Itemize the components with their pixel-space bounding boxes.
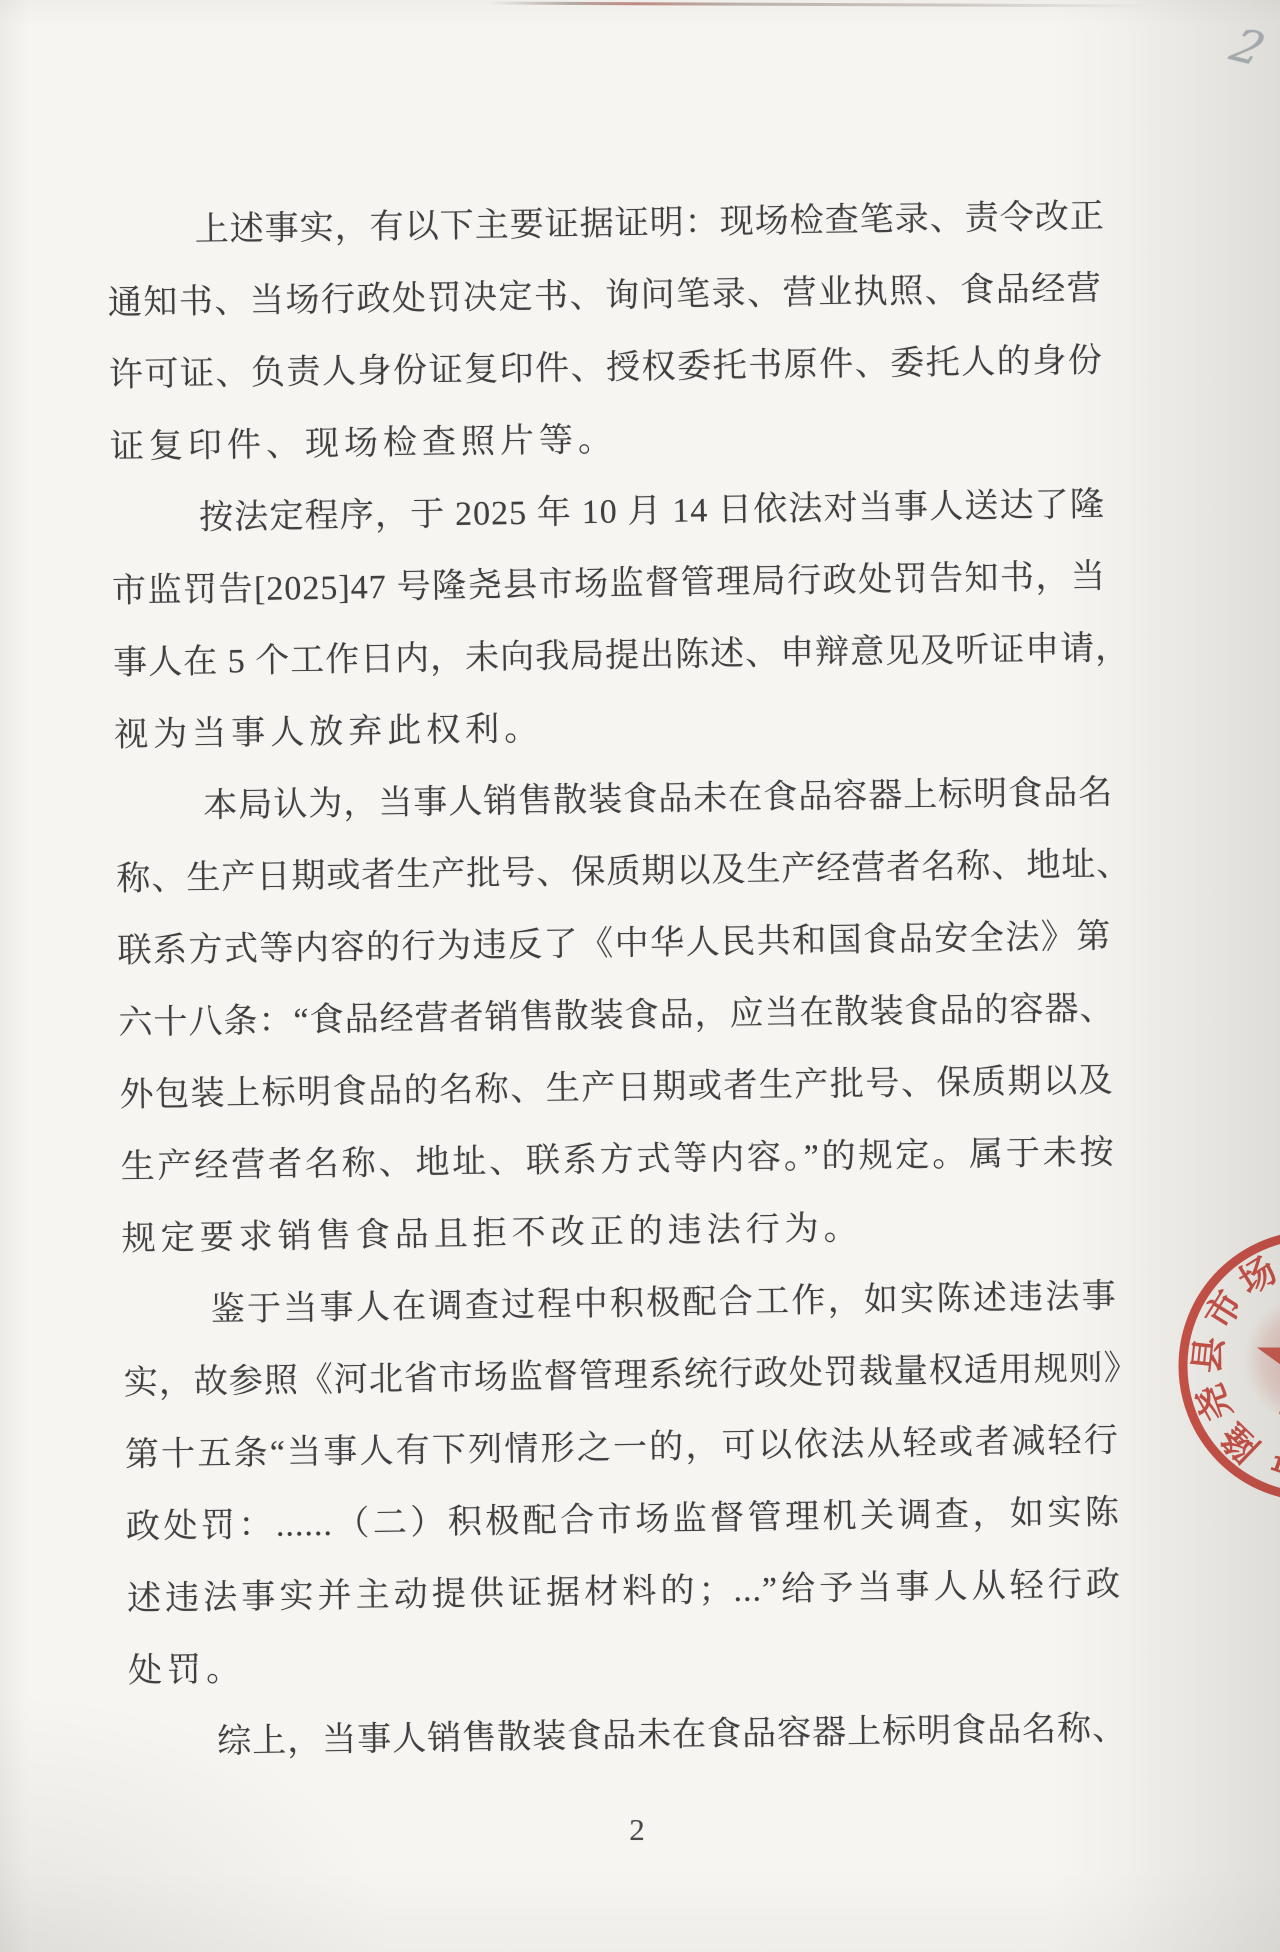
scan-edge-artifact bbox=[488, 2, 1150, 8]
paper-shading-right bbox=[1120, 0, 1280, 1952]
stamp-char: 县 bbox=[1187, 1335, 1231, 1375]
document-line: 生产经营者名称、地址、联系方式等内容。”的规定。属于未按 bbox=[120, 1117, 1115, 1204]
document-line: 事人在 5 个工作日内，未向我局提出陈述、申辩意见及听证申请， bbox=[113, 613, 1108, 700]
document-body: 上述事实，有以下主要证据证明：现场检查笔录、责令改正 通知书、当场行政处罚决定书… bbox=[106, 181, 1123, 1780]
document-line: 综上，当事人销售散装食品未在食品容器上标明食品名称、 bbox=[129, 1693, 1124, 1780]
handwritten-page-mark: 2 bbox=[1206, 9, 1280, 85]
paper-shading-bottom bbox=[0, 1870, 1280, 1952]
stamp-serial: 1305 bbox=[1267, 1451, 1280, 1483]
stamp-serial-text: 1305 bbox=[1267, 1451, 1280, 1483]
scanned-document-page: 2 上述事实，有以下主要证据证明：现场检查笔录、责令改正 通知书、当场行政处罚决… bbox=[0, 0, 1280, 1952]
document-line: 述违法事实并主动提供证据材料的；...”给予当事人从轻行政 bbox=[127, 1549, 1122, 1636]
official-seal-stamp: 隆 尧 县 市 场 1305 bbox=[1164, 1216, 1280, 1516]
document-line: 许可证、负责人身份证复印件、授权委托书原件、委托人的身份 bbox=[108, 325, 1103, 412]
page-number: 2 bbox=[587, 1808, 687, 1852]
